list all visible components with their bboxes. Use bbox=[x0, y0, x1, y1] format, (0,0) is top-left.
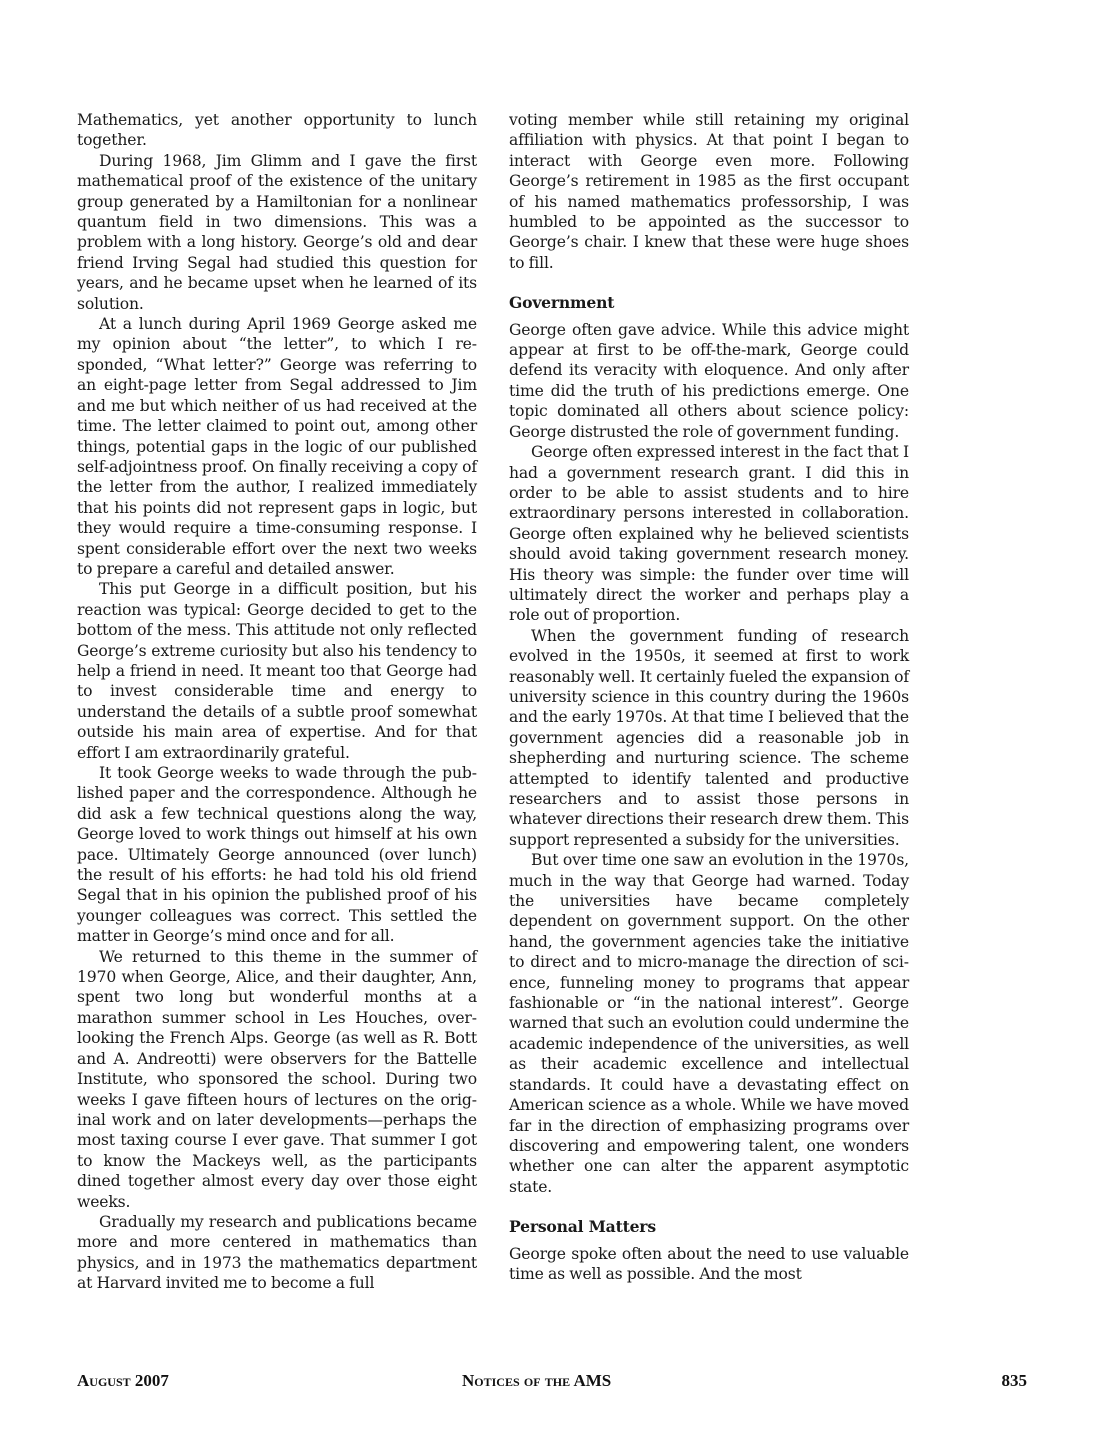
section-heading-government: Government bbox=[509, 293, 909, 313]
paragraph: During 1968, Jim Glimm and I gave the fi… bbox=[77, 151, 477, 314]
issue-date: August 2007 bbox=[77, 1371, 169, 1391]
paragraph: George often expressed interest in the f… bbox=[509, 442, 909, 626]
page-footer: August 2007 Notices of the AMS 835 bbox=[77, 1371, 1027, 1395]
paragraph: George spoke often about the need to use… bbox=[509, 1244, 909, 1285]
paragraph: voting member while still retaining my o… bbox=[509, 110, 909, 273]
section-heading-personal-matters: Personal Matters bbox=[509, 1217, 909, 1237]
paragraph: This put George in a difficult position,… bbox=[77, 579, 477, 763]
journal-page: Mathematics, yet another opportunity to … bbox=[0, 0, 1100, 1433]
paragraph: But over time one saw an evolution in th… bbox=[509, 850, 909, 1197]
paragraph: It took George weeks to wade through the… bbox=[77, 763, 477, 947]
right-column: voting member while still retaining my o… bbox=[509, 110, 909, 1284]
paragraph: Gradually my research and publications b… bbox=[77, 1212, 477, 1294]
paragraph: Mathematics, yet another opportunity to … bbox=[77, 110, 477, 151]
left-column: Mathematics, yet another opportunity to … bbox=[77, 110, 477, 1294]
page-number: 835 bbox=[1002, 1371, 1028, 1391]
paragraph: When the government funding of research … bbox=[509, 626, 909, 850]
paragraph: At a lunch during April 1969 George aske… bbox=[77, 314, 477, 579]
paragraph: We returned to this theme in the summer … bbox=[77, 947, 477, 1212]
paragraph: George often gave advice. While this adv… bbox=[509, 320, 909, 442]
journal-title: Notices of the AMS bbox=[462, 1371, 611, 1391]
